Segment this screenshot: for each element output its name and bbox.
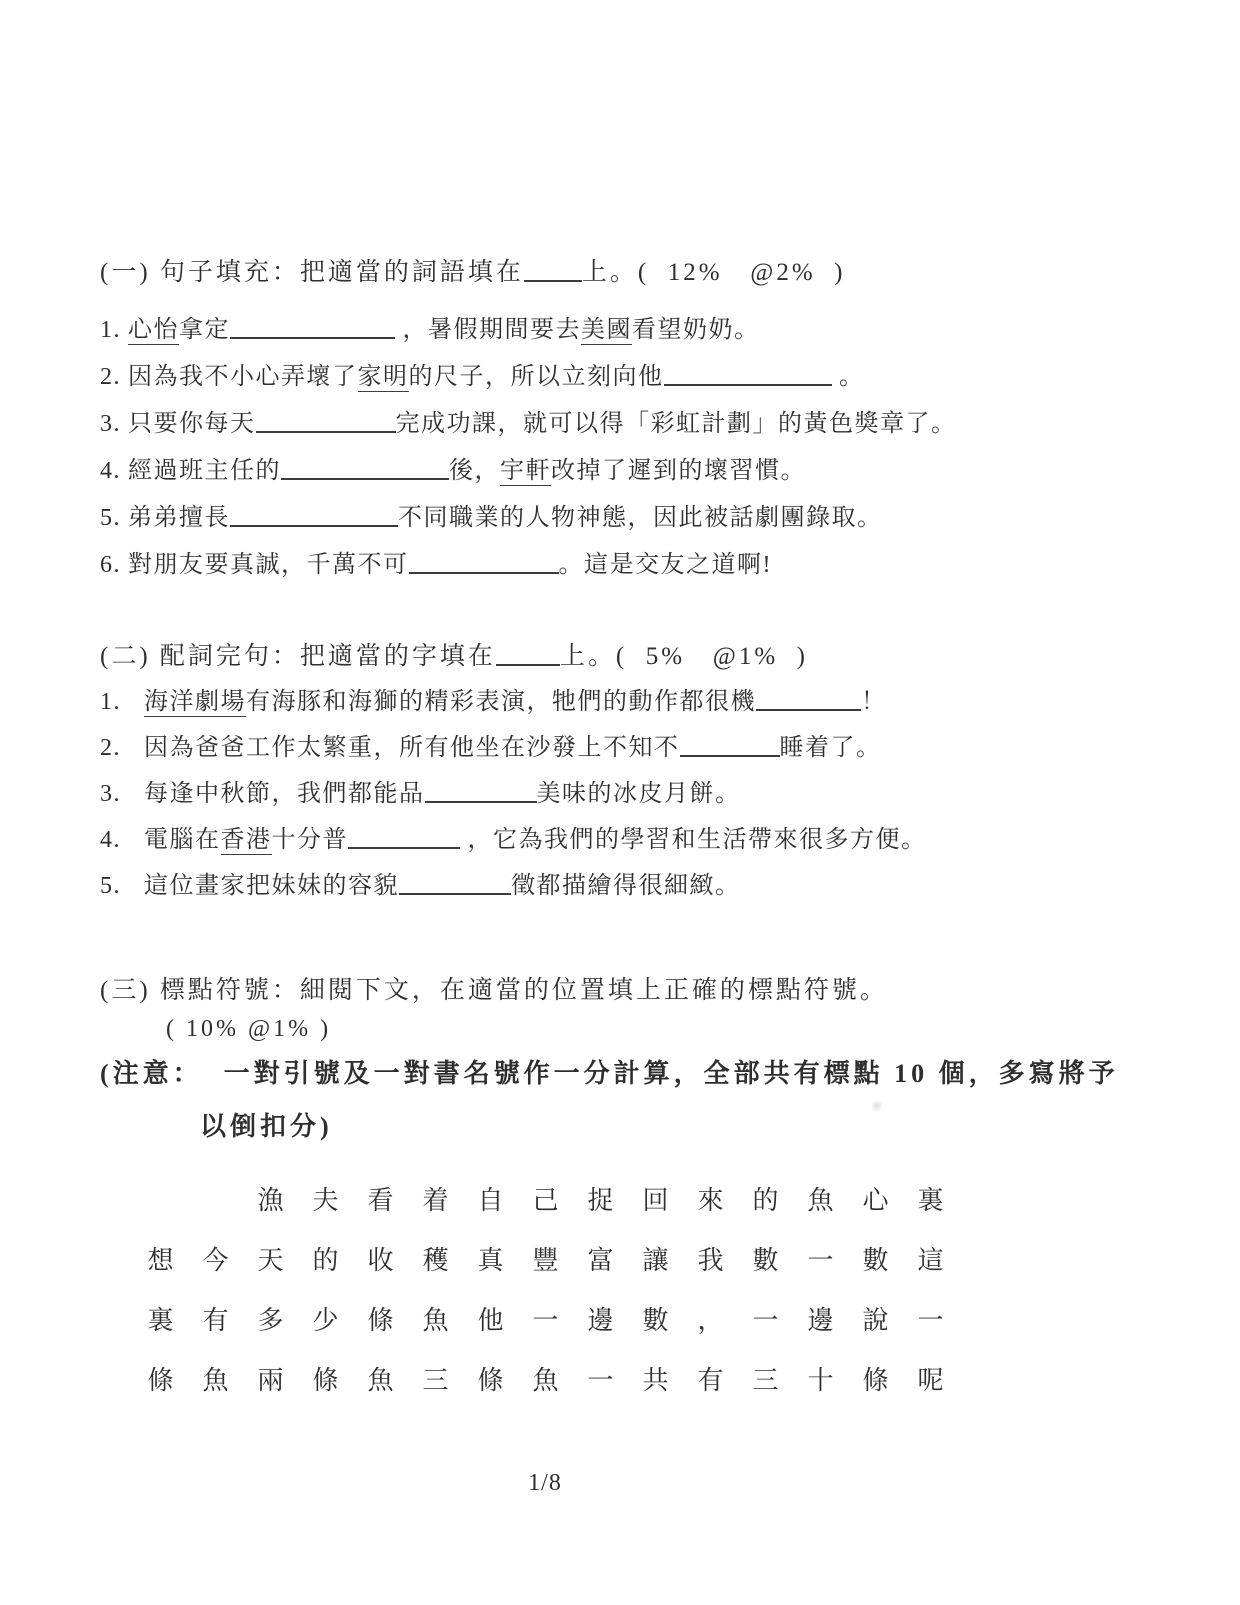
grid-character-cell: 想 <box>133 1231 188 1291</box>
text-segment: 改掉了遲到的壞習慣。 <box>551 458 806 484</box>
section2-item-5: 5.這位畫家把妹妹的容貌徵都描繪得很細緻。 <box>100 866 1180 912</box>
grid-character-cell: 一 <box>738 1291 793 1351</box>
text-segment: 拿定 <box>179 317 230 343</box>
grid-character-cell: 魚 <box>518 1351 573 1411</box>
item-text: 每逢中秋節，我們都能品美味的冰皮月餅。 <box>144 781 741 807</box>
grid-character-cell: 的 <box>738 1171 793 1231</box>
grid-character-cell: 看 <box>353 1171 408 1231</box>
fill-in-blank <box>409 570 559 574</box>
item-text: 因為我不小心弄壞了家明的尺子，所以立刻向他 。 <box>128 364 865 390</box>
item-number: 1. <box>100 682 144 722</box>
grid-character-cell: 他 <box>463 1291 518 1351</box>
grid-character-cell: 己 <box>518 1171 573 1231</box>
grid-character-cell: 着 <box>408 1171 463 1231</box>
text-segment: 。 <box>832 364 865 390</box>
section1-item-2: 2.因為我不小心弄壞了家明的尺子，所以立刻向他 。 <box>100 357 1180 404</box>
fill-in-blank <box>524 278 582 282</box>
grid-character-cell: 魚 <box>408 1291 463 1351</box>
grid-character-cell: 魚 <box>793 1171 848 1231</box>
grid-character-cell: 一 <box>573 1351 628 1411</box>
section2-item-4: 4.電腦在香港十分普 ，它為我們的學習和生活帶來很多方便。 <box>100 820 1180 866</box>
text-segment: 上。( 5% @1% ) <box>560 643 808 670</box>
grid-row-4: 條魚兩條魚三條魚一共有三十條呢 <box>133 1351 1180 1411</box>
section1-item-1: 1.心怡拿定 ，暑假期間要去美國看望奶奶。 <box>100 310 1180 357</box>
text-segment: 電腦在 <box>144 827 221 853</box>
grid-character-cell: 邊 <box>573 1291 628 1351</box>
grid-character-cell: ， <box>683 1291 738 1351</box>
item-number: 2. <box>100 728 144 768</box>
text-segment: 上。( 12% @2% ) <box>582 259 846 286</box>
section1-item-3: 3.只要你每天完成功課，就可以得「彩虹計劃」的黃色獎章了。 <box>100 404 1180 451</box>
fill-in-blank <box>230 335 395 339</box>
underlined-proper-noun: 心怡 <box>128 317 179 345</box>
grid-character-cell: 裏 <box>133 1291 188 1351</box>
grid-character-cell: 裏 <box>903 1171 958 1231</box>
grid-character-cell: 富 <box>573 1231 628 1291</box>
fill-in-blank <box>399 891 511 895</box>
item-text: 這位畫家把妹妹的容貌徵都描繪得很細緻。 <box>144 873 741 899</box>
grid-character-cell: 魚 <box>353 1351 408 1411</box>
grid-character-cell: 十 <box>793 1351 848 1411</box>
text-segment: 因為我不小心弄壞了 <box>128 364 358 390</box>
fill-in-blank <box>348 845 460 849</box>
exam-page: (一) 句子填充：把適當的詞語填在上。( 12% @2% ) 1.心怡拿定 ，暑… <box>0 0 1240 1605</box>
grid-character-cell: 有 <box>683 1351 738 1411</box>
grid-character-cell: 三 <box>738 1351 793 1411</box>
text-segment: 這位畫家把妹妹的容貌 <box>144 873 399 899</box>
grid-character-cell: 一 <box>793 1231 848 1291</box>
grid-character-cell: 穫 <box>408 1231 463 1291</box>
item-number: 5. <box>100 866 144 906</box>
item-number: 4. <box>100 451 128 491</box>
section1-item-4: 4.經過班主任的後，宇軒改掉了遲到的壞習慣。 <box>100 451 1180 498</box>
grid-row-2: 想今天的收穫真豐富讓我數一數這 <box>133 1231 1180 1291</box>
item-text: 只要你每天完成功課，就可以得「彩虹計劃」的黃色獎章了。 <box>128 411 957 437</box>
text-segment: ，它為我們的學習和生活帶來很多方便。 <box>460 827 927 853</box>
text-segment: 徵都描繪得很細緻。 <box>511 873 741 899</box>
item-number: 5. <box>100 498 128 538</box>
text-segment: 看望奶奶。 <box>632 317 760 343</box>
section2-item-1: 1.海洋劇場有海豚和海獅的精彩表演，牠們的動作都很機！ <box>100 682 1180 728</box>
text-segment: 只要你每天 <box>128 411 256 437</box>
text-segment: 不同職業的人物神態，因此被話劇團錄取。 <box>398 505 883 531</box>
grid-character-cell: 條 <box>133 1351 188 1411</box>
fill-in-blank <box>664 382 832 386</box>
item-text: 經過班主任的後，宇軒改掉了遲到的壞習慣。 <box>128 458 806 484</box>
item-text: 心怡拿定 ，暑假期間要去美國看望奶奶。 <box>128 317 760 343</box>
text-segment: 經過班主任的 <box>128 458 281 484</box>
section3-heading: (三) 標點符號：細閱下文，在適當的位置填上正確的標點符號。 <box>100 970 1180 1006</box>
text-segment: ！ <box>861 689 887 715</box>
section2-item-2: 2.因為爸爸工作太繁重，所有他坐在沙發上不知不睡着了。 <box>100 728 1180 774</box>
section1-item-6: 6.對朋友要真誠，千萬不可。這是交友之道啊! <box>100 545 1180 592</box>
underlined-proper-noun: 美國 <box>581 317 632 345</box>
fill-in-blank <box>230 523 398 527</box>
grid-character-cell: 真 <box>463 1231 518 1291</box>
fill-in-blank <box>425 799 537 803</box>
item-number: 3. <box>100 774 144 814</box>
underlined-proper-noun: 香港 <box>221 827 272 855</box>
item-text: 海洋劇場有海豚和海獅的精彩表演，牠們的動作都很機！ <box>144 689 887 715</box>
grid-character-cell: 條 <box>353 1291 408 1351</box>
text-segment: ，暑假期間要去 <box>395 317 581 343</box>
section2-items: 1.海洋劇場有海豚和海獅的精彩表演，牠們的動作都很機！ 2.因為爸爸工作太繁重，… <box>100 682 1180 912</box>
fill-in-blank <box>496 662 560 666</box>
grid-character-cell: 數 <box>848 1231 903 1291</box>
underlined-proper-noun: 海洋劇場 <box>144 689 246 717</box>
grid-character-cell: 有 <box>188 1291 243 1351</box>
grid-character-cell: 條 <box>298 1351 353 1411</box>
text-segment: 有海豚和海獅的精彩表演，牠們的動作都很機 <box>246 689 756 715</box>
item-text: 對朋友要真誠，千萬不可。這是交友之道啊! <box>128 552 772 578</box>
grid-character-cell: 回 <box>628 1171 683 1231</box>
text-segment: 因為爸爸工作太繁重，所有他坐在沙發上不知不 <box>144 735 680 761</box>
section1-heading: (一) 句子填充：把適當的詞語填在上。( 12% @2% ) <box>100 252 1180 288</box>
section3-note-line1: (注意： 一對引號及一對書名號作一分計算，全部共有標點 10 個，多寫將予 <box>100 1053 1180 1090</box>
fill-in-blank <box>680 753 780 757</box>
grid-character-cell: 一 <box>903 1291 958 1351</box>
grid-character-cell: 兩 <box>243 1351 298 1411</box>
section3: (三) 標點符號：細閱下文，在適當的位置填上正確的標點符號。 ( 10% @1%… <box>100 970 1180 1411</box>
grid-character-cell: 魚 <box>188 1351 243 1411</box>
punctuation-grid: 漁夫看着自己捉回來的魚心裏 想今天的收穫真豐富讓我數一數這 裏有多少條魚他一邊數… <box>100 1171 1180 1411</box>
section2: (二) 配詞完句：把適當的字填在上。( 5% @1% ) 1.海洋劇場有海豚和海… <box>100 636 1180 912</box>
item-text: 因為爸爸工作太繁重，所有他坐在沙發上不知不睡着了。 <box>144 735 882 761</box>
underlined-proper-noun: 家明 <box>358 364 409 392</box>
text-segment: (二) 配詞完句：把適當的字填在 <box>100 643 496 670</box>
grid-character-cell: 條 <box>463 1351 518 1411</box>
grid-character-cell: 邊 <box>793 1291 848 1351</box>
text-segment: 美味的冰皮月餅。 <box>537 781 741 807</box>
grid-character-cell: 漁 <box>243 1171 298 1231</box>
grid-character-cell: 三 <box>408 1351 463 1411</box>
grid-character-cell: 來 <box>683 1171 738 1231</box>
grid-character-cell: 讓 <box>628 1231 683 1291</box>
item-number: 3. <box>100 404 128 444</box>
grid-character-cell: 我 <box>683 1231 738 1291</box>
page-content: (一) 句子填充：把適當的詞語填在上。( 12% @2% ) 1.心怡拿定 ，暑… <box>0 0 1240 1411</box>
grid-character-cell: 條 <box>848 1351 903 1411</box>
grid-character-cell: 共 <box>628 1351 683 1411</box>
grid-character-cell: 豐 <box>518 1231 573 1291</box>
grid-character-cell: 這 <box>903 1231 958 1291</box>
grid-character-cell: 一 <box>518 1291 573 1351</box>
section1-item-5: 5.弟弟擅長不同職業的人物神態，因此被話劇團錄取。 <box>100 498 1180 545</box>
grid-row-1: 漁夫看着自己捉回來的魚心裏 <box>243 1171 1180 1231</box>
grid-character-cell: 說 <box>848 1291 903 1351</box>
grid-character-cell: 天 <box>243 1231 298 1291</box>
section1-items: 1.心怡拿定 ，暑假期間要去美國看望奶奶。 2.因為我不小心弄壞了家明的尺子，所… <box>100 310 1180 592</box>
text-segment: 每逢中秋節，我們都能品 <box>144 781 425 807</box>
page-number: 1/8 <box>100 1470 990 1497</box>
section3-note-line2: 以倒扣分) <box>200 1106 1180 1143</box>
text-segment: 弟弟擅長 <box>128 505 230 531</box>
section2-item-3: 3.每逢中秋節，我們都能品美味的冰皮月餅。 <box>100 774 1180 820</box>
text-segment: 的尺子，所以立刻向他 <box>409 364 664 390</box>
item-number: 1. <box>100 310 128 350</box>
section2-heading: (二) 配詞完句：把適當的字填在上。( 5% @1% ) <box>100 636 1180 672</box>
grid-character-cell: 少 <box>298 1291 353 1351</box>
text-segment: 十分普 <box>272 827 349 853</box>
item-number: 4. <box>100 820 144 860</box>
grid-character-cell: 的 <box>298 1231 353 1291</box>
grid-character-cell: 心 <box>848 1171 903 1231</box>
text-segment: 。這是交友之道啊! <box>559 552 773 578</box>
section3-score: ( 10% @1% ) <box>166 1016 1180 1043</box>
item-number: 6. <box>100 545 128 585</box>
text-segment: 後， <box>449 458 500 484</box>
grid-character-cell: 數 <box>738 1231 793 1291</box>
grid-character-cell: 捉 <box>573 1171 628 1231</box>
text-segment: 對朋友要真誠，千萬不可 <box>128 552 409 578</box>
fill-in-blank <box>756 707 861 711</box>
scan-artifact <box>872 1098 882 1114</box>
item-text: 弟弟擅長不同職業的人物神態，因此被話劇團錄取。 <box>128 505 883 531</box>
item-text: 電腦在香港十分普 ，它為我們的學習和生活帶來很多方便。 <box>144 827 927 853</box>
fill-in-blank <box>256 429 396 433</box>
grid-character-cell: 今 <box>188 1231 243 1291</box>
grid-row-3: 裏有多少條魚他一邊數，一邊說一 <box>133 1291 1180 1351</box>
grid-character-cell: 多 <box>243 1291 298 1351</box>
underlined-proper-noun: 宇軒 <box>500 458 551 486</box>
fill-in-blank <box>281 476 449 480</box>
text-segment: 完成功課，就可以得「彩虹計劃」的黃色獎章了。 <box>396 411 957 437</box>
grid-character-cell: 呢 <box>903 1351 958 1411</box>
grid-character-cell: 自 <box>463 1171 518 1231</box>
text-segment: 睡着了。 <box>780 735 882 761</box>
text-segment: (一) 句子填充：把適當的詞語填在 <box>100 259 524 286</box>
item-number: 2. <box>100 357 128 397</box>
grid-character-cell: 數 <box>628 1291 683 1351</box>
grid-character-cell: 收 <box>353 1231 408 1291</box>
grid-character-cell: 夫 <box>298 1171 353 1231</box>
